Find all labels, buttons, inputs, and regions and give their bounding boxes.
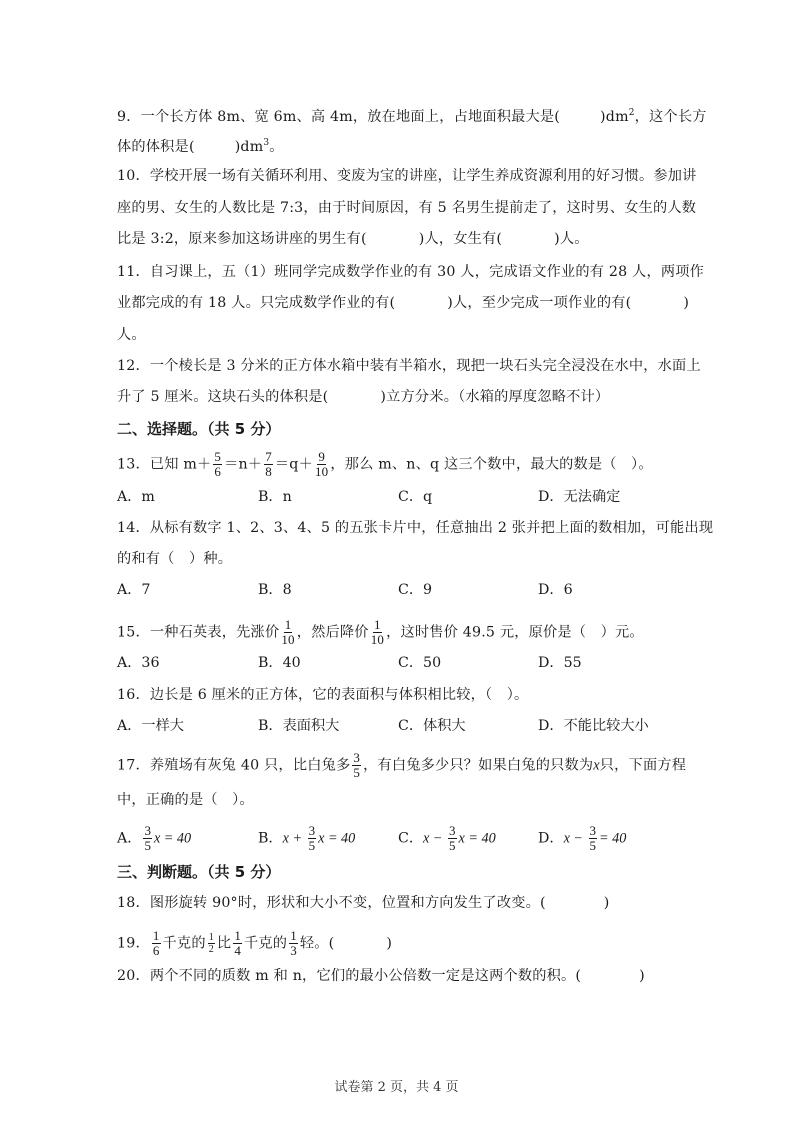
question-14-line-2: 的和有（ ）种。	[117, 549, 232, 569]
denominator: 8	[265, 465, 272, 479]
q13-text: ，那么 m、n、q 这三个数中，最大的数是（ ）。	[330, 457, 652, 473]
q16-option-c[interactable]: C．体积大	[398, 716, 466, 736]
question-10-line-2: 座的男、女生的人数比是 7:3，由于时间原因，有 5 名男生提前走了，这时男、女…	[117, 198, 696, 218]
question-12-line-2: 升了 5 厘米。这块石头的体积是()立方分米。（水箱的厚度忽略不计）	[117, 387, 609, 407]
denominator: 5	[144, 839, 151, 853]
q15-option-c[interactable]: C．50	[398, 653, 441, 673]
q19-text: 千克的	[244, 936, 287, 952]
q14-option-b[interactable]: B．8	[258, 580, 292, 600]
q12-text: 升了 5 厘米。这块石头的体积是(	[117, 389, 328, 405]
q11-text: )	[683, 295, 689, 311]
question-18: 18．图形旋转 90°时，形状和大小不变，位置和方向发生了改变。()	[117, 893, 609, 913]
q17-option-a[interactable]: A．35x = 40	[117, 824, 191, 853]
denominator: 6	[153, 944, 160, 958]
q15-text: ，然后降价	[297, 625, 369, 641]
expr-post: x = 40	[318, 831, 355, 847]
fraction: 35	[589, 824, 598, 853]
q17-text: ，有白兔多少只？如果白兔的只数为	[363, 758, 593, 774]
question-16: 16．边长是 6 厘米的正方体，它的表面积与体积相比较，（ ）。	[117, 685, 528, 705]
numerator: 1	[208, 932, 215, 944]
q13-text: ＝n＋	[224, 457, 262, 473]
numerator: 5	[213, 450, 222, 465]
question-15: 15．一种石英表，先涨价110，然后降价110，这时售价 49.5 元，原价是（…	[117, 618, 644, 647]
fraction: 110	[281, 618, 294, 647]
q20-close-paren: )	[639, 968, 645, 984]
q11-text: )人，至少完成一项作业的有(	[447, 295, 631, 311]
q9-text-tail: ，这个长方	[635, 109, 707, 125]
q15-text: 15．一种石英表，先涨价	[117, 625, 279, 641]
q12-text: )立方分米。（水箱的厚度忽略不计）	[380, 389, 609, 405]
denominator: 10	[315, 465, 328, 479]
q13-text: ＝q＋	[275, 457, 313, 473]
q18-close-paren: )	[604, 895, 610, 911]
exam-page: 9．一个长方体 8m、宽 6m、高 4m，放在地面上，占地面积最大是()dm2，…	[0, 0, 793, 1122]
fraction: 14	[233, 929, 242, 958]
denominator: 10	[281, 633, 294, 647]
denominator: 5	[449, 839, 456, 853]
q19-text: 千克的	[163, 936, 206, 952]
numerator: 1	[152, 929, 161, 944]
option-label: D．	[538, 831, 564, 847]
question-9-line-1: 9．一个长方体 8m、宽 6m、高 4m，放在地面上，占地面积最大是()dm2，…	[117, 103, 707, 127]
expr-pre: x +	[283, 831, 306, 847]
q13-text: 13．已知 m＋	[117, 457, 211, 473]
fraction: 16	[152, 929, 161, 958]
numerator: 3	[448, 824, 457, 839]
numerator: 3	[308, 824, 317, 839]
q13-option-d[interactable]: D．无法确定	[538, 487, 620, 507]
q9-text: 体的体积是(	[117, 139, 195, 155]
expr-post: x = 40	[459, 831, 496, 847]
q17-option-b[interactable]: B．x + 35x = 40	[258, 824, 355, 853]
q13-option-b[interactable]: B．n	[258, 487, 292, 507]
fraction: 13	[289, 929, 298, 958]
q19-text: 比	[217, 936, 231, 952]
question-10-line-1: 10．学校开展一场有关循环利用、变废为宝的讲座，让学生养成资源利用的好习惯。参加…	[117, 166, 697, 186]
q18-text: 18．图形旋转 90°时，形状和大小不变，位置和方向发生了改变。(	[117, 895, 546, 911]
q10-text: )人。	[554, 231, 589, 247]
expr-post: x = 40	[154, 831, 191, 847]
numerator: 3	[589, 824, 598, 839]
q14-option-c[interactable]: C．9	[398, 580, 432, 600]
q17-option-d[interactable]: D．x − 35= 40	[538, 824, 626, 853]
q19-close-paren: )	[386, 936, 392, 952]
denominator: 2	[209, 944, 214, 955]
question-11-line-1: 11．自习课上，五（1）班同学完成数学作业的有 30 人，完成语文作业的有 28…	[117, 262, 704, 282]
fraction: 35	[448, 824, 457, 853]
q9-text: 9．一个长方体 8m、宽 6m、高 4m，放在地面上，占地面积最大是(	[117, 109, 560, 125]
numerator: 1	[289, 929, 298, 944]
fraction: 12	[208, 932, 215, 955]
q14-option-a[interactable]: A．7	[117, 580, 150, 600]
fraction: 56	[213, 450, 222, 479]
page-footer: 试卷第 2 页，共 4 页	[0, 1076, 793, 1095]
denominator: 5	[590, 839, 597, 853]
q14-option-d[interactable]: D．6	[538, 580, 573, 600]
option-label: B．	[258, 831, 283, 847]
q10-text: 比是 3:2，原来参加这场讲座的男生有(	[117, 231, 367, 247]
numerator: 7	[264, 450, 273, 465]
q15-option-d[interactable]: D．55	[538, 653, 582, 673]
question-13: 13．已知 m＋56＝n＋78＝q＋910，那么 m、n、q 这三个数中，最大的…	[117, 450, 653, 479]
question-14-line-1: 14．从标有数字 1、2、3、4、5 的五张卡片中，任意抽出 2 张并把上面的数…	[117, 518, 713, 538]
fraction: 110	[371, 618, 384, 647]
denominator: 10	[371, 633, 384, 647]
denominator: 6	[214, 465, 221, 479]
question-9-line-2: 体的体积是()dm3。	[117, 133, 284, 157]
q13-option-a[interactable]: A．m	[117, 487, 155, 507]
q15-option-a[interactable]: A．36	[117, 653, 160, 673]
fraction: 78	[264, 450, 273, 479]
q17-text: 只，下面方程	[600, 758, 686, 774]
section-heading-judgement: 三、判断题。（共 5 分）	[117, 861, 280, 882]
numerator: 3	[352, 751, 361, 766]
q10-text: )人，女生有(	[419, 231, 502, 247]
expr-pre: x −	[423, 831, 446, 847]
q9-unit: )dm	[235, 139, 264, 155]
question-20: 20．两个不同的质数 m 和 n，它们的最小公倍数一定是这两个数的积。()	[117, 966, 645, 986]
numerator: 1	[373, 618, 382, 633]
option-label: A．	[117, 831, 141, 847]
q15-option-b[interactable]: B．40	[258, 653, 301, 673]
numerator: 3	[143, 824, 152, 839]
section-heading-choice: 二、选择题。（共 5 分）	[117, 418, 280, 439]
fraction: 910	[315, 450, 328, 479]
q20-text: 20．两个不同的质数 m 和 n，它们的最小公倍数一定是这两个数的积。(	[117, 968, 581, 984]
question-12-line-1: 12．一个棱长是 3 分米的正方体水箱中装有半箱水，现把一块石头完全浸没在水中，…	[117, 356, 701, 376]
option-label: C．	[398, 831, 423, 847]
q9-period: 。	[269, 139, 283, 155]
q9-unit: )dm	[600, 109, 629, 125]
q16-option-a[interactable]: A．一样大	[117, 716, 184, 736]
q15-text: ，这时售价 49.5 元，原价是（ ）元。	[386, 625, 644, 641]
numerator: 1	[284, 618, 293, 633]
q13-option-c[interactable]: C．q	[398, 487, 432, 507]
question-11-line-3: 人。	[117, 325, 146, 345]
question-17-line-1: 17．养殖场有灰兔 40 只，比白兔多35，有白兔多少只？如果白兔的只数为x只，…	[117, 751, 686, 780]
question-10-line-3: 比是 3:2，原来参加这场讲座的男生有()人，女生有()人。	[117, 229, 589, 249]
question-17-line-2: 中，正确的是（ ）。	[117, 790, 254, 810]
q11-text: 业都完成的有 18 人。只完成数学作业的有(	[117, 295, 395, 311]
numerator: 1	[233, 929, 242, 944]
fraction: 35	[143, 824, 152, 853]
denominator: 5	[353, 766, 360, 780]
fraction: 35	[352, 751, 361, 780]
fraction: 35	[308, 824, 317, 853]
q19-text: 轻。(	[300, 936, 335, 952]
q17-text: 17．养殖场有灰兔 40 只，比白兔多	[117, 758, 350, 774]
question-19: 19．16千克的12比14千克的13轻。()	[117, 929, 392, 958]
denominator: 3	[290, 944, 297, 958]
expr-pre: x −	[564, 831, 587, 847]
q19-label: 19．	[117, 936, 150, 952]
q17-option-c[interactable]: C．x − 35x = 40	[398, 824, 496, 853]
denominator: 5	[309, 839, 316, 853]
denominator: 4	[234, 944, 241, 958]
q16-option-b[interactable]: B．表面积大	[258, 716, 339, 736]
question-11-line-2: 业都完成的有 18 人。只完成数学作业的有()人，至少完成一项作业的有()	[117, 293, 689, 313]
numerator: 9	[317, 450, 326, 465]
q16-option-d[interactable]: D．不能比较大小	[538, 716, 649, 736]
expr-post: = 40	[599, 831, 626, 847]
